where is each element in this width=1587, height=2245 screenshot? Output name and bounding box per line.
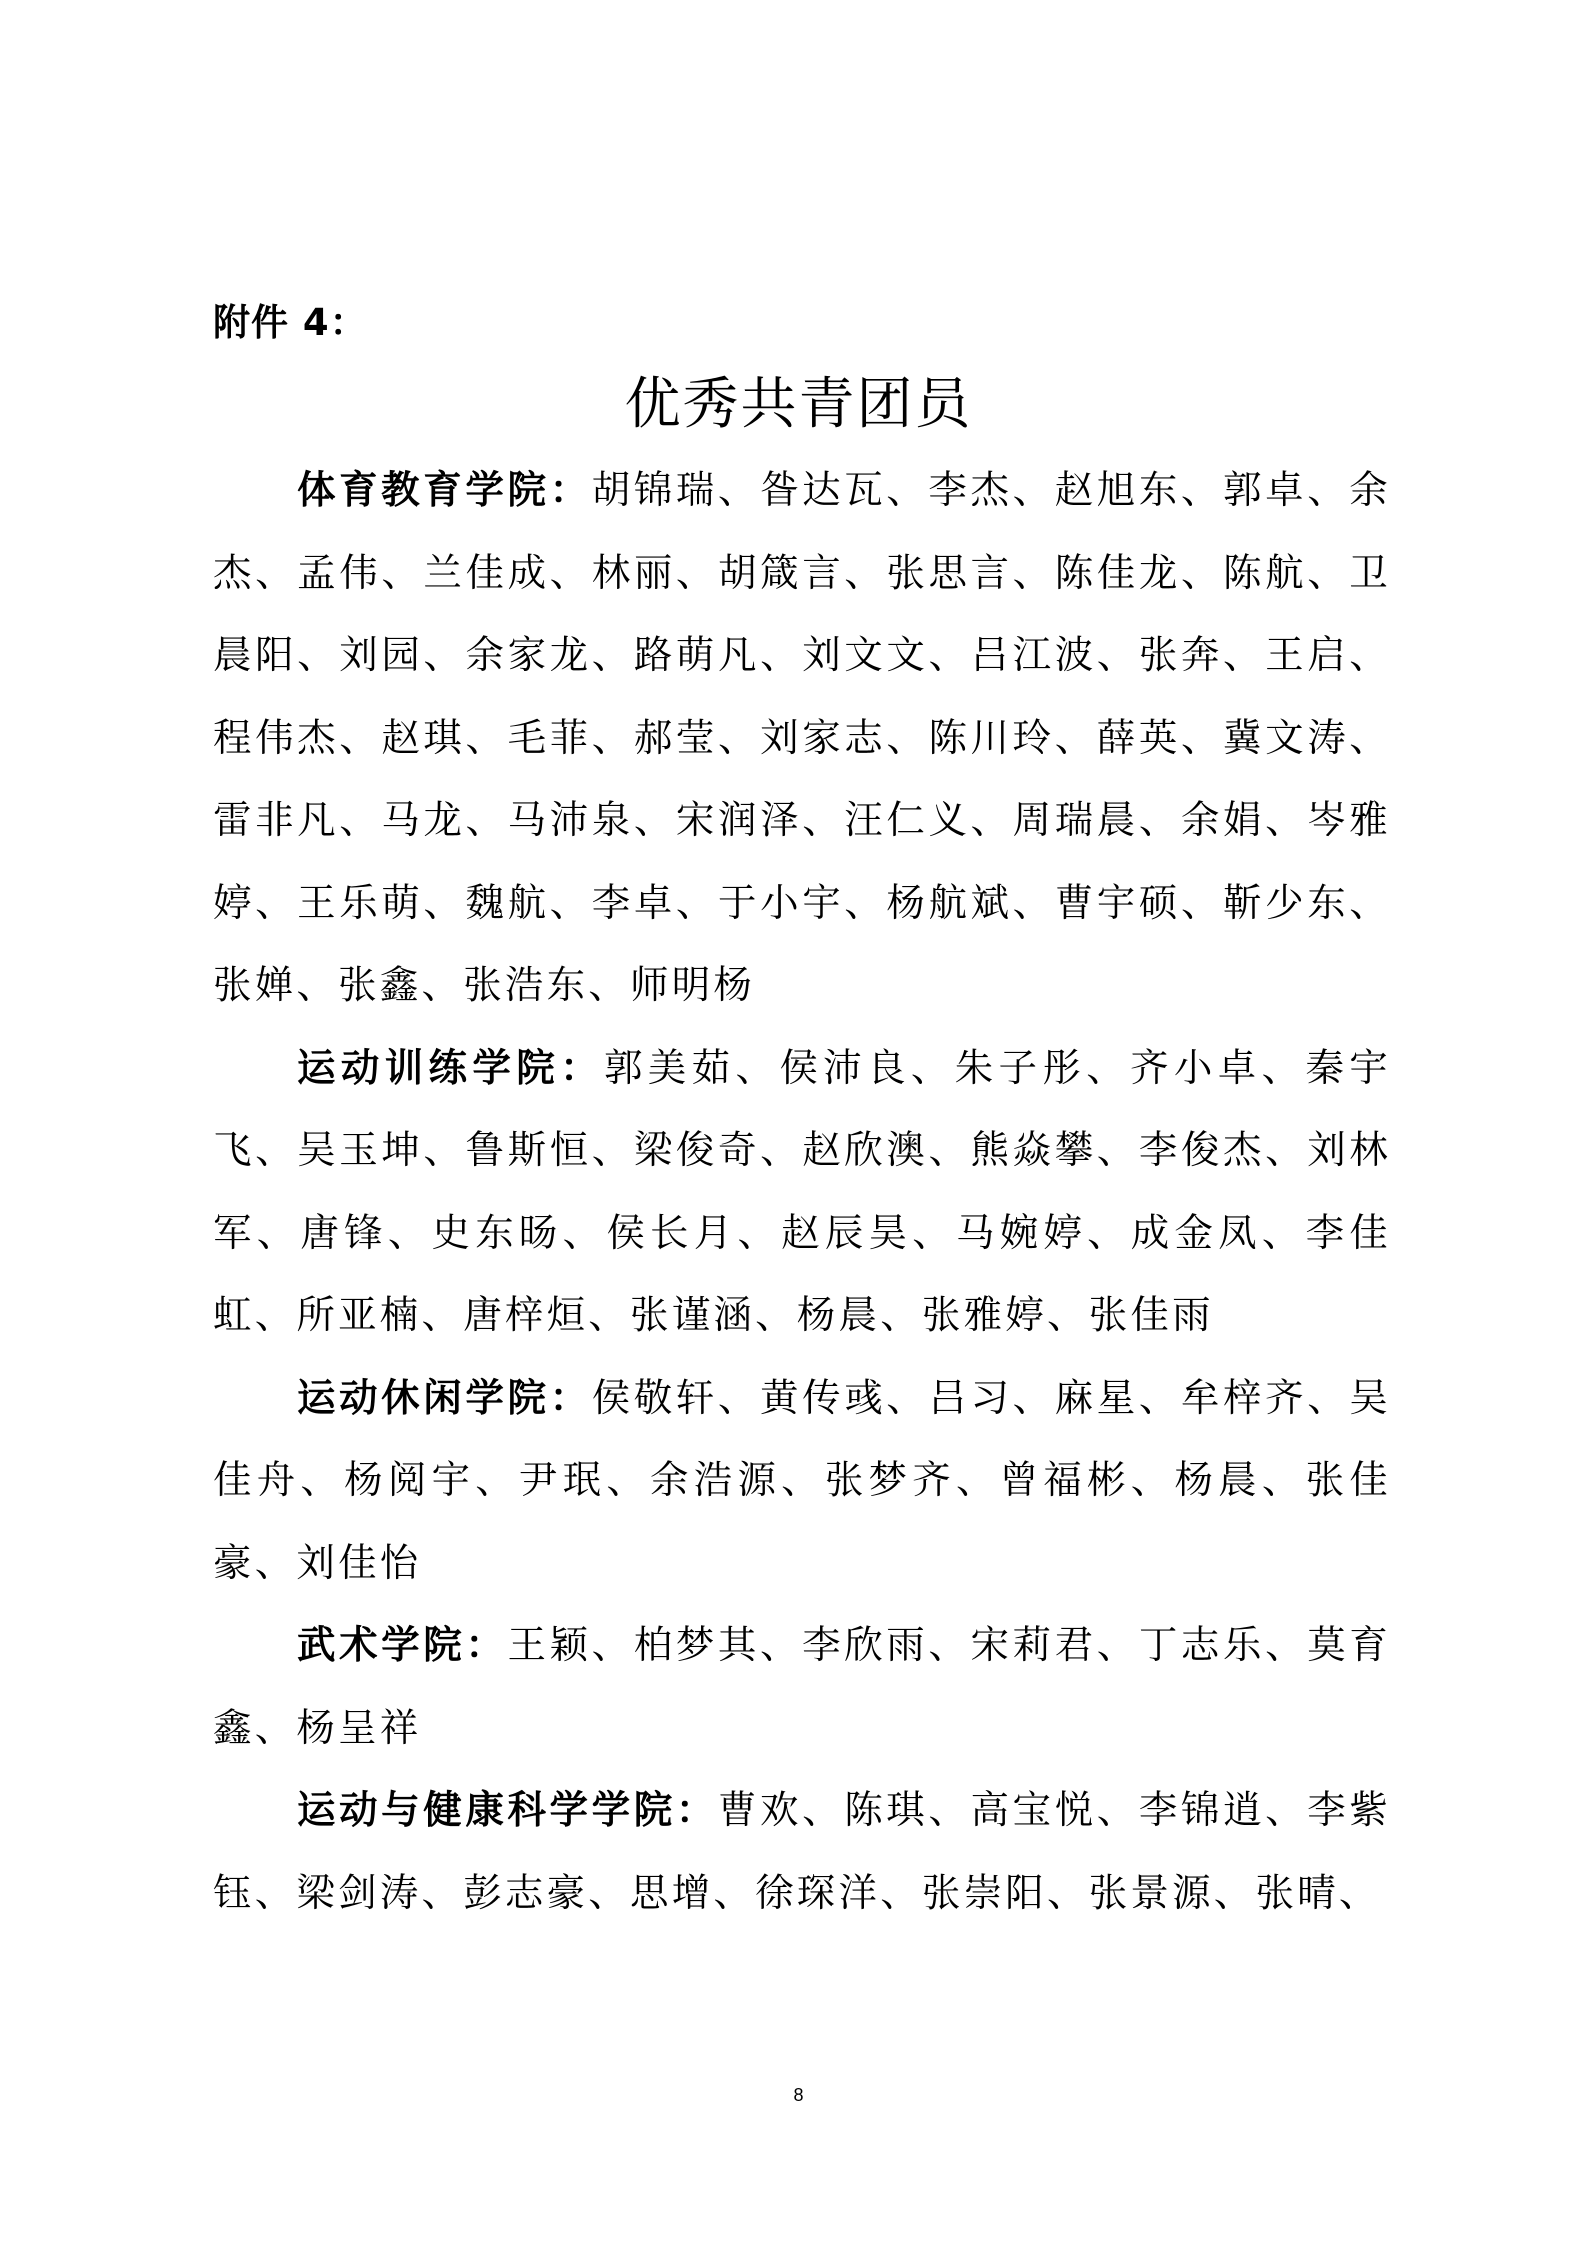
section-sports-health-science: 运动与健康科学学院：曹欢、陈琪、高宝悦、李锦逍、李紫钰、梁剑涛、彭志豪、思增、徐…	[213, 1770, 1391, 1935]
college-colon: ：	[550, 468, 592, 513]
page-number: 8	[0, 2080, 1587, 2110]
section-martial-arts: 武术学院：王颖、柏梦其、李欣雨、宋莉君、丁志乐、莫育鑫、杨呈祥	[213, 1605, 1391, 1770]
attachment-label: 附件 4：	[213, 298, 368, 348]
college-colon: ：	[465, 1623, 507, 1668]
document-page: 附件 4： 优秀共青团员 体育教育学院：胡锦瑞、昝达瓦、李杰、赵旭东、郭卓、余杰…	[0, 0, 1587, 2245]
member-names: 胡锦瑞、昝达瓦、李杰、赵旭东、郭卓、余杰、孟伟、兰佳成、林丽、胡箴言、张思言、陈…	[213, 468, 1391, 1008]
college-name: 运动训练学院	[297, 1046, 560, 1091]
college-name: 武术学院	[297, 1623, 465, 1668]
college-colon: ：	[550, 1376, 592, 1421]
section-sports-training: 运动训练学院：郭美茹、侯沛良、朱子彤、齐小卓、秦宇飞、吴玉坤、鲁斯恒、梁俊奇、赵…	[213, 1028, 1391, 1358]
college-name: 运动休闲学院	[297, 1376, 550, 1421]
document-title: 优秀共青团员	[0, 365, 1587, 445]
section-physical-education: 体育教育学院：胡锦瑞、昝达瓦、李杰、赵旭东、郭卓、余杰、孟伟、兰佳成、林丽、胡箴…	[213, 450, 1391, 1028]
college-colon: ：	[560, 1046, 604, 1091]
college-name: 运动与健康科学学院	[297, 1788, 676, 1833]
college-name: 体育教育学院	[297, 468, 550, 513]
document-body: 体育教育学院：胡锦瑞、昝达瓦、李杰、赵旭东、郭卓、余杰、孟伟、兰佳成、林丽、胡箴…	[213, 450, 1391, 1935]
college-colon: ：	[676, 1788, 718, 1833]
section-sports-leisure: 运动休闲学院：侯敬轩、黄传彧、吕习、麻星、牟梓齐、吴佳舟、杨阅宇、尹珉、余浩源、…	[213, 1358, 1391, 1606]
